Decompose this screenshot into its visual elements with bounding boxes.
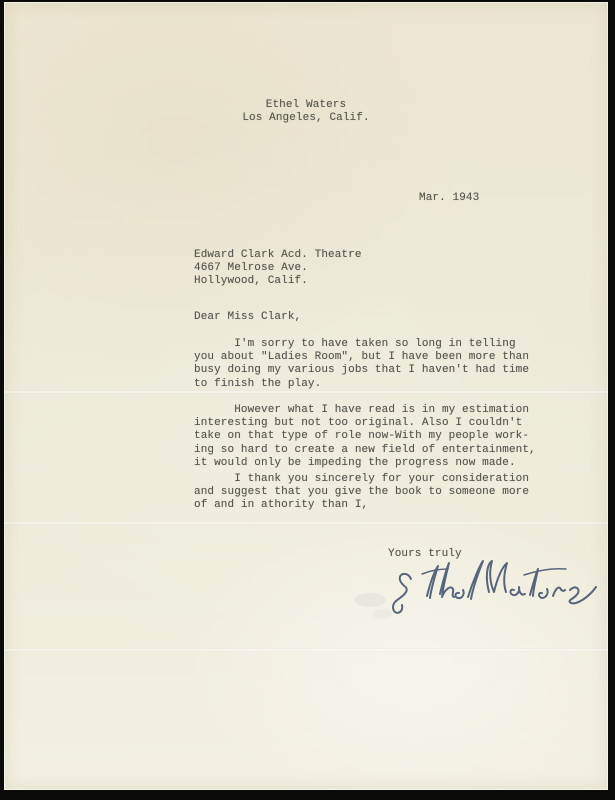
scanned-letter-photo: { "document_type": "typed-letter-scan", … xyxy=(0,0,615,800)
letterhead: Ethel WatersLos Angeles, Calif. xyxy=(4,99,608,125)
letter-paragraph-1: I'm sorry to have taken so long in telli… xyxy=(194,338,529,391)
handwritten-signature xyxy=(342,542,602,652)
ink-smudge xyxy=(372,609,392,619)
letterhead-name: Ethel Waters xyxy=(266,99,346,111)
recipient-line-1: Edward Clark Acd. Theatre xyxy=(194,249,362,261)
paper-crease xyxy=(4,521,608,525)
recipient-line-2: 4667 Melrose Ave. xyxy=(194,262,308,274)
recipient-address: Edward Clark Acd. Theatre4667 Melrose Av… xyxy=(194,249,362,289)
date-line: Mar. 1943 xyxy=(419,192,479,205)
letter-paper: Ethel WatersLos Angeles, Calif. Mar. 194… xyxy=(4,2,608,790)
ink-smudge xyxy=(354,593,386,607)
salutation: Dear Miss Clark, xyxy=(194,311,301,324)
signature-strokes xyxy=(393,561,596,613)
letterhead-city: Los Angeles, Calif. xyxy=(242,112,369,124)
letter-paragraph-2: However what I have read is in my estima… xyxy=(194,404,536,470)
letter-paragraph-3: I thank you sincerely for your considera… xyxy=(194,473,529,513)
recipient-line-3: Hollywood, Calif. xyxy=(194,275,308,287)
